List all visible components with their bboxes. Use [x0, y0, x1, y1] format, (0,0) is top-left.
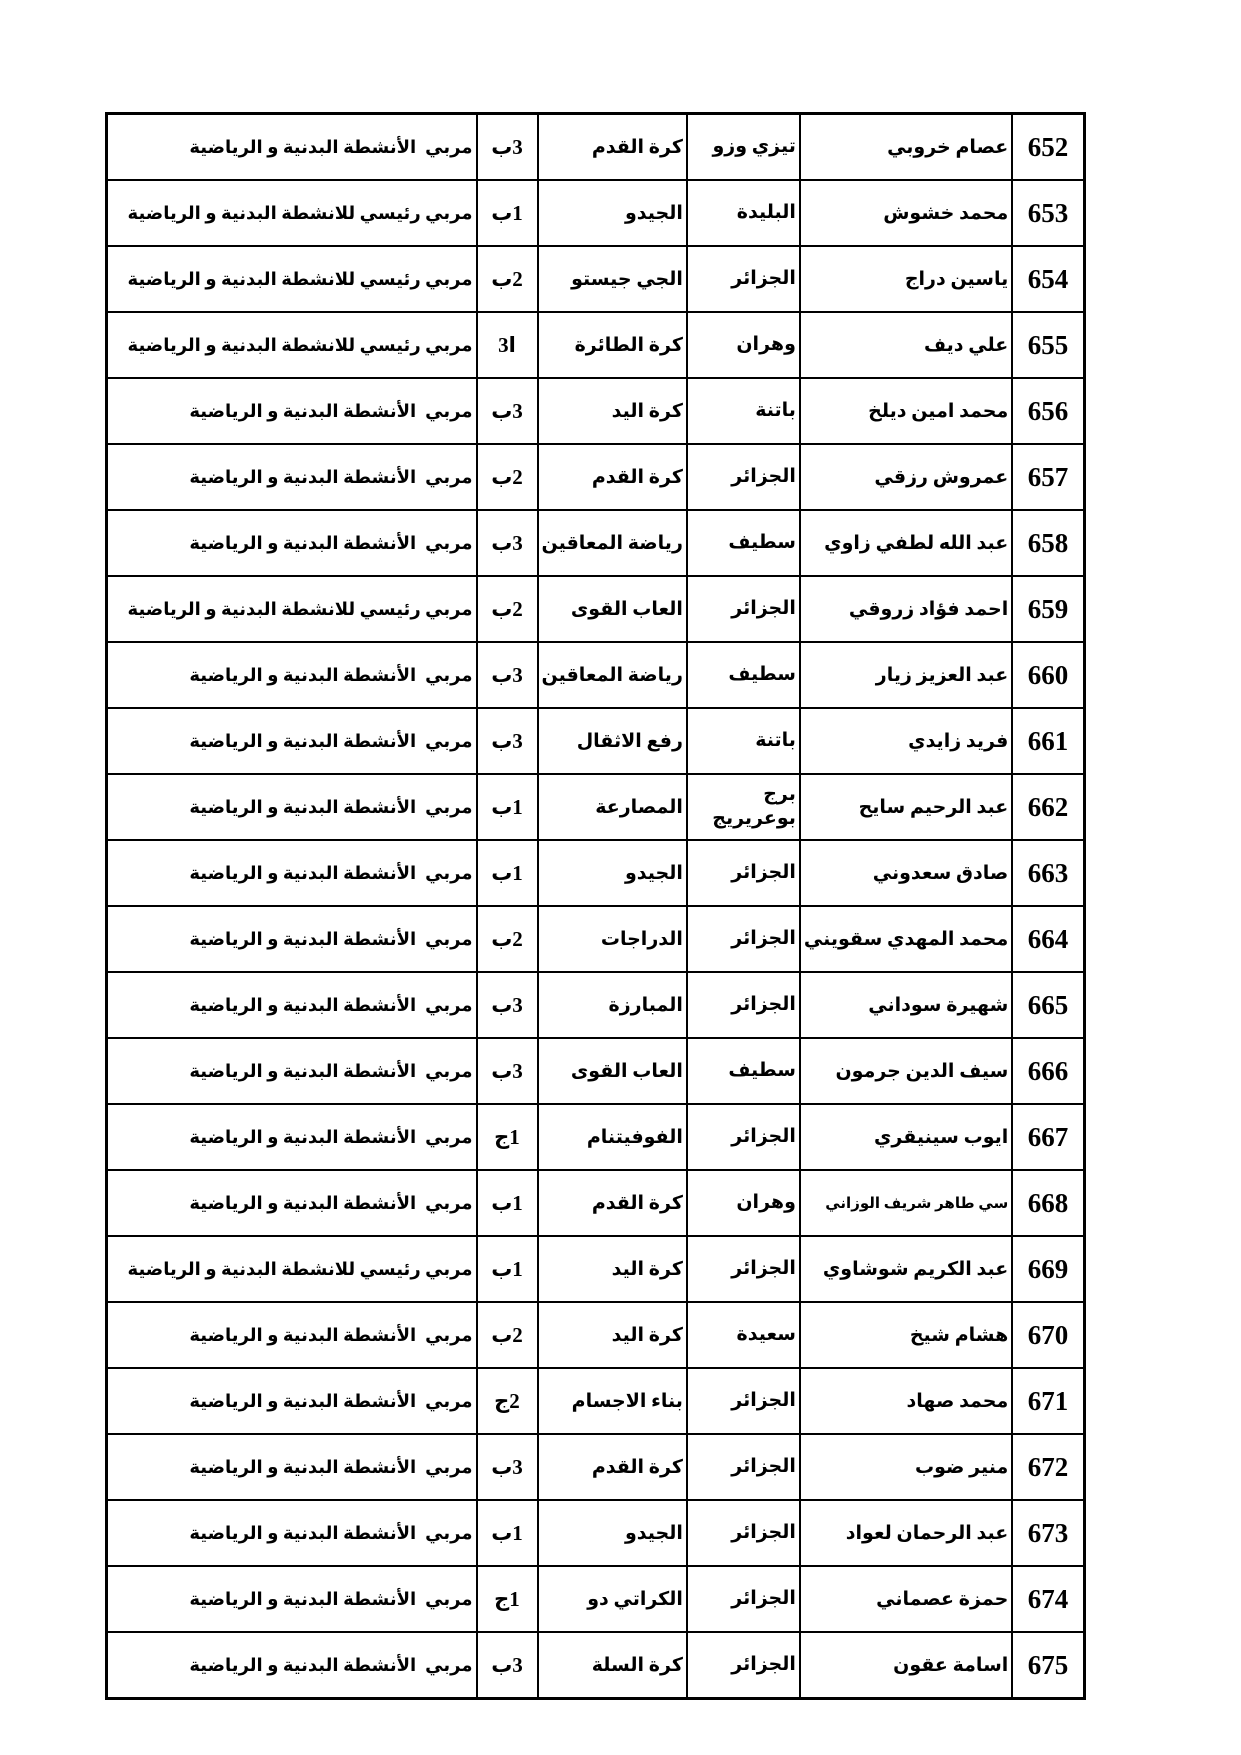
cell-number: 654 — [1012, 246, 1084, 312]
table-row: 675 اسامة عقون الجزائر كرة السلة ب3 مربي… — [107, 1632, 1085, 1699]
cell-grade: ب3 — [477, 1632, 538, 1699]
cell-name: سي طاهر شريف الوزاني — [800, 1170, 1012, 1236]
cell-job-title: مربي الأنشطة البدنية و الرياضية — [107, 840, 477, 906]
cell-name: عبد العزيز زيار — [800, 642, 1012, 708]
cell-number: 664 — [1012, 906, 1084, 972]
cell-grade: ب1 — [477, 1500, 538, 1566]
cell-name: ايوب سينيقري — [800, 1104, 1012, 1170]
cell-city: الجزائر — [687, 246, 800, 312]
cell-job-title: مربي الأنشطة البدنية و الرياضية — [107, 510, 477, 576]
cell-city: الجزائر — [687, 1104, 800, 1170]
cell-number: 674 — [1012, 1566, 1084, 1632]
cell-number: 666 — [1012, 1038, 1084, 1104]
cell-grade: ب3 — [477, 1434, 538, 1500]
cell-city: سطيف — [687, 1038, 800, 1104]
table-row: 653 محمد خشوش البليدة الجيدو ب1 مربي رئي… — [107, 180, 1085, 246]
cell-grade: ب2 — [477, 906, 538, 972]
cell-sport: رفع الاثقال — [538, 708, 687, 774]
cell-city: الجزائر — [687, 972, 800, 1038]
cell-city: وهران — [687, 1170, 800, 1236]
table-row: 670 هشام شيخ سعيدة كرة اليد ب2 مربي الأن… — [107, 1302, 1085, 1368]
cell-job-title: مربي الأنشطة البدنية و الرياضية — [107, 444, 477, 510]
cell-city: الجزائر — [687, 1632, 800, 1699]
cell-name: صادق سعدوني — [800, 840, 1012, 906]
cell-sport: الجيدو — [538, 1500, 687, 1566]
cell-job-title: مربي الأنشطة البدنية و الرياضية — [107, 1104, 477, 1170]
cell-grade: ب2 — [477, 444, 538, 510]
cell-number: 653 — [1012, 180, 1084, 246]
cell-name: منير ضوب — [800, 1434, 1012, 1500]
cell-number: 670 — [1012, 1302, 1084, 1368]
cell-job-title: مربي الأنشطة البدنية و الرياضية — [107, 708, 477, 774]
cell-name: عمروش رزقي — [800, 444, 1012, 510]
cell-name: سيف الدين جرمون — [800, 1038, 1012, 1104]
cell-grade: ب1 — [477, 774, 538, 840]
cell-city: الجزائر — [687, 1500, 800, 1566]
cell-name: فريد زايدي — [800, 708, 1012, 774]
cell-number: 655 — [1012, 312, 1084, 378]
cell-grade: ب3 — [477, 378, 538, 444]
cell-sport: كرة القدم — [538, 114, 687, 181]
cell-grade: ب1 — [477, 840, 538, 906]
cell-grade: ب3 — [477, 708, 538, 774]
table-row: 658 عبد الله لطفي زاوي سطيف رياضة المعاق… — [107, 510, 1085, 576]
cell-grade: ج2 — [477, 1368, 538, 1434]
cell-sport: رياضة المعاقين — [538, 642, 687, 708]
cell-sport: العاب القوى — [538, 576, 687, 642]
cell-city: باتنة — [687, 708, 800, 774]
table-row: 668 سي طاهر شريف الوزاني وهران كرة القدم… — [107, 1170, 1085, 1236]
cell-job-title: مربي الأنشطة البدنية و الرياضية — [107, 1434, 477, 1500]
cell-sport: كرة اليد — [538, 1236, 687, 1302]
cell-sport: كرة القدم — [538, 1434, 687, 1500]
table-row: 674 حمزة عصماني الجزائر الكراتي دو ج1 مر… — [107, 1566, 1085, 1632]
cell-number: 661 — [1012, 708, 1084, 774]
cell-name: شهيرة سوداني — [800, 972, 1012, 1038]
staff-table: 652 عصام خروبي تيزي وزو كرة القدم ب3 مرب… — [105, 112, 1086, 1700]
cell-city: سطيف — [687, 510, 800, 576]
cell-grade: ج1 — [477, 1104, 538, 1170]
cell-name: عبد الكريم شوشاوي — [800, 1236, 1012, 1302]
cell-number: 672 — [1012, 1434, 1084, 1500]
cell-sport: المبارزة — [538, 972, 687, 1038]
table-row: 662 عبد الرحيم سايح برج بوعريريج المصارع… — [107, 774, 1085, 840]
table-row: 654 ياسين دراج الجزائر الجي جيستو ب2 مرب… — [107, 246, 1085, 312]
table-row: 657 عمروش رزقي الجزائر كرة القدم ب2 مربي… — [107, 444, 1085, 510]
cell-job-title: مربي الأنشطة البدنية و الرياضية — [107, 1038, 477, 1104]
cell-job-title: مربي رئيسي للانشطة البدنية و الرياضية — [107, 312, 477, 378]
table-row: 656 محمد امين ديلخ باتنة كرة اليد ب3 مرب… — [107, 378, 1085, 444]
cell-job-title: مربي الأنشطة البدنية و الرياضية — [107, 1368, 477, 1434]
cell-sport: الجيدو — [538, 180, 687, 246]
cell-grade: ب3 — [477, 510, 538, 576]
cell-job-title: مربي الأنشطة البدنية و الرياضية — [107, 1302, 477, 1368]
cell-job-title: مربي الأنشطة البدنية و الرياضية — [107, 1500, 477, 1566]
cell-sport: بناء الاجسام — [538, 1368, 687, 1434]
cell-city: الجزائر — [687, 576, 800, 642]
page: { "table": { "rows": [ { "no": "652", "n… — [0, 0, 1241, 1755]
document-table-area: 652 عصام خروبي تيزي وزو كرة القدم ب3 مرب… — [105, 112, 1086, 1700]
cell-job-title: مربي الأنشطة البدنية و الرياضية — [107, 1632, 477, 1699]
cell-city: الجزائر — [687, 906, 800, 972]
cell-city: البليدة — [687, 180, 800, 246]
cell-grade: ب3 — [477, 114, 538, 181]
cell-name: محمد صهاد — [800, 1368, 1012, 1434]
cell-number: 673 — [1012, 1500, 1084, 1566]
cell-number: 652 — [1012, 114, 1084, 181]
table-row: 652 عصام خروبي تيزي وزو كرة القدم ب3 مرب… — [107, 114, 1085, 181]
cell-city: الجزائر — [687, 1236, 800, 1302]
cell-city: الجزائر — [687, 444, 800, 510]
cell-name: محمد المهدي سقويني — [800, 906, 1012, 972]
cell-city: باتنة — [687, 378, 800, 444]
table-row: 663 صادق سعدوني الجزائر الجيدو ب1 مربي ا… — [107, 840, 1085, 906]
cell-sport: العاب القوى — [538, 1038, 687, 1104]
cell-city: الجزائر — [687, 1566, 800, 1632]
cell-grade: ب3 — [477, 972, 538, 1038]
table-row: 671 محمد صهاد الجزائر بناء الاجسام ج2 مر… — [107, 1368, 1085, 1434]
cell-job-title: مربي الأنشطة البدنية و الرياضية — [107, 114, 477, 181]
cell-job-title: مربي رئيسي للانشطة البدنية و الرياضية — [107, 246, 477, 312]
cell-sport: الدراجات — [538, 906, 687, 972]
table-row: 673 عبد الرحمان لعواد الجزائر الجيدو ب1 … — [107, 1500, 1085, 1566]
cell-name: اسامة عقون — [800, 1632, 1012, 1699]
cell-name: ياسين دراج — [800, 246, 1012, 312]
table-row: 665 شهيرة سوداني الجزائر المبارزة ب3 مرب… — [107, 972, 1085, 1038]
cell-name: عبد الرحيم سايح — [800, 774, 1012, 840]
cell-grade: 3ا — [477, 312, 538, 378]
table-row: 655 علي ديف وهران كرة الطائرة 3ا مربي رئ… — [107, 312, 1085, 378]
cell-grade: ب2 — [477, 576, 538, 642]
cell-city: برج بوعريريج — [687, 774, 800, 840]
cell-grade: ب3 — [477, 1038, 538, 1104]
cell-job-title: مربي الأنشطة البدنية و الرياضية — [107, 642, 477, 708]
cell-name: حمزة عصماني — [800, 1566, 1012, 1632]
cell-name: عبد الرحمان لعواد — [800, 1500, 1012, 1566]
cell-job-title: مربي الأنشطة البدنية و الرياضية — [107, 1566, 477, 1632]
cell-grade: ب3 — [477, 642, 538, 708]
cell-job-title: مربي رئيسي للانشطة البدنية و الرياضية — [107, 576, 477, 642]
cell-number: 662 — [1012, 774, 1084, 840]
cell-sport: كرة القدم — [538, 1170, 687, 1236]
cell-sport: كرة الطائرة — [538, 312, 687, 378]
table-row: 659 احمد فؤاد زروقي الجزائر العاب القوى … — [107, 576, 1085, 642]
cell-number: 663 — [1012, 840, 1084, 906]
cell-number: 665 — [1012, 972, 1084, 1038]
cell-sport: كرة القدم — [538, 444, 687, 510]
table-row: 664 محمد المهدي سقويني الجزائر الدراجات … — [107, 906, 1085, 972]
cell-city: الجزائر — [687, 1434, 800, 1500]
cell-city: سعيدة — [687, 1302, 800, 1368]
table-row: 666 سيف الدين جرمون سطيف العاب القوى ب3 … — [107, 1038, 1085, 1104]
cell-name: عصام خروبي — [800, 114, 1012, 181]
cell-grade: ب1 — [477, 180, 538, 246]
cell-grade: ب2 — [477, 246, 538, 312]
cell-grade: ب2 — [477, 1302, 538, 1368]
cell-number: 658 — [1012, 510, 1084, 576]
cell-number: 659 — [1012, 576, 1084, 642]
cell-name: هشام شيخ — [800, 1302, 1012, 1368]
cell-grade: ب1 — [477, 1170, 538, 1236]
cell-sport: الفوفيتنام — [538, 1104, 687, 1170]
cell-sport: الكراتي دو — [538, 1566, 687, 1632]
cell-job-title: مربي الأنشطة البدنية و الرياضية — [107, 972, 477, 1038]
cell-city: سطيف — [687, 642, 800, 708]
cell-city: الجزائر — [687, 840, 800, 906]
cell-job-title: مربي رئيسي للانشطة البدنية و الرياضية — [107, 1236, 477, 1302]
cell-sport: رياضة المعاقين — [538, 510, 687, 576]
cell-grade: ج1 — [477, 1566, 538, 1632]
table-row: 669 عبد الكريم شوشاوي الجزائر كرة اليد ب… — [107, 1236, 1085, 1302]
cell-sport: الجيدو — [538, 840, 687, 906]
cell-number: 660 — [1012, 642, 1084, 708]
cell-job-title: مربي الأنشطة البدنية و الرياضية — [107, 774, 477, 840]
cell-sport: كرة اليد — [538, 1302, 687, 1368]
cell-name: محمد امين ديلخ — [800, 378, 1012, 444]
cell-number: 656 — [1012, 378, 1084, 444]
cell-sport: كرة السلة — [538, 1632, 687, 1699]
table-row: 661 فريد زايدي باتنة رفع الاثقال ب3 مربي… — [107, 708, 1085, 774]
cell-name: عبد الله لطفي زاوي — [800, 510, 1012, 576]
cell-job-title: مربي رئيسي للانشطة البدنية و الرياضية — [107, 180, 477, 246]
cell-job-title: مربي الأنشطة البدنية و الرياضية — [107, 378, 477, 444]
cell-city: تيزي وزو — [687, 114, 800, 181]
cell-name: علي ديف — [800, 312, 1012, 378]
cell-number: 669 — [1012, 1236, 1084, 1302]
cell-grade: ب1 — [477, 1236, 538, 1302]
staff-table-body: 652 عصام خروبي تيزي وزو كرة القدم ب3 مرب… — [107, 114, 1085, 1699]
cell-name: احمد فؤاد زروقي — [800, 576, 1012, 642]
cell-number: 668 — [1012, 1170, 1084, 1236]
cell-sport: المصارعة — [538, 774, 687, 840]
table-row: 660 عبد العزيز زيار سطيف رياضة المعاقين … — [107, 642, 1085, 708]
cell-sport: الجي جيستو — [538, 246, 687, 312]
cell-city: وهران — [687, 312, 800, 378]
cell-number: 657 — [1012, 444, 1084, 510]
cell-number: 671 — [1012, 1368, 1084, 1434]
cell-name: محمد خشوش — [800, 180, 1012, 246]
table-row: 672 منير ضوب الجزائر كرة القدم ب3 مربي ا… — [107, 1434, 1085, 1500]
cell-sport: كرة اليد — [538, 378, 687, 444]
cell-number: 675 — [1012, 1632, 1084, 1699]
cell-city: الجزائر — [687, 1368, 800, 1434]
cell-job-title: مربي الأنشطة البدنية و الرياضية — [107, 1170, 477, 1236]
cell-job-title: مربي الأنشطة البدنية و الرياضية — [107, 906, 477, 972]
cell-number: 667 — [1012, 1104, 1084, 1170]
table-row: 667 ايوب سينيقري الجزائر الفوفيتنام ج1 م… — [107, 1104, 1085, 1170]
